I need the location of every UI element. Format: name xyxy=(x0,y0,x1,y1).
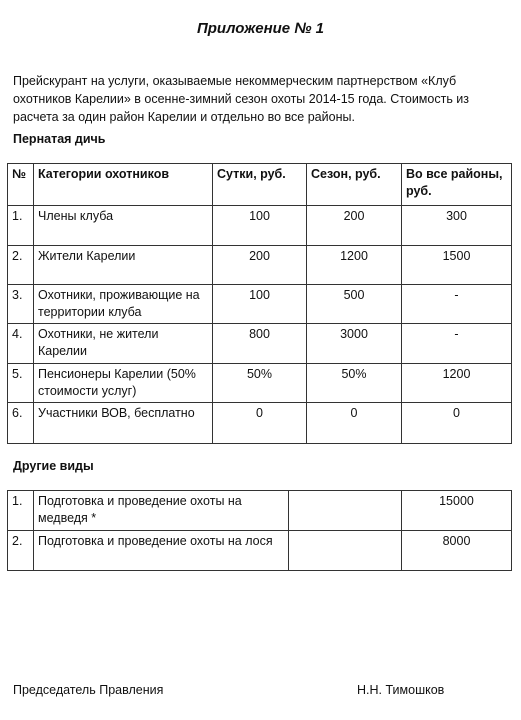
row-season: 3000 xyxy=(307,324,402,364)
col-header-all: Во все районы, руб. xyxy=(402,164,512,206)
row-all: 1200 xyxy=(402,364,512,403)
row-season: 500 xyxy=(307,285,402,324)
row-season: 1200 xyxy=(307,246,402,285)
row-day: 50% xyxy=(213,364,307,403)
col-header-category: Категории охотников xyxy=(34,164,213,206)
row-price: 8000 xyxy=(402,531,512,571)
table-row: 4. Охотники, не жители Карелии 800 3000 … xyxy=(8,324,512,364)
table-row: 3. Охотники, проживающие на территории к… xyxy=(8,285,512,324)
row-season: 50% xyxy=(307,364,402,403)
row-day: 0 xyxy=(213,403,307,444)
row-day: 100 xyxy=(213,285,307,324)
table-header-row: № Категории охотников Сутки, руб. Сезон,… xyxy=(8,164,512,206)
document-title: Приложение № 1 xyxy=(0,20,521,37)
row-num: 2. xyxy=(8,246,34,285)
row-all: 1500 xyxy=(402,246,512,285)
row-service: Подготовка и проведение охоты на медведя… xyxy=(34,491,289,531)
row-season: 200 xyxy=(307,206,402,246)
section-heading-other: Другие виды xyxy=(13,459,94,473)
section-heading-birds: Пернатая дичь xyxy=(13,132,105,146)
table-row: 1. Члены клуба 100 200 300 xyxy=(8,206,512,246)
row-num: 2. xyxy=(8,531,34,571)
col-header-num: № xyxy=(8,164,34,206)
row-category: Охотники, не жители Карелии xyxy=(34,324,213,364)
row-empty-cell xyxy=(289,491,402,531)
row-num: 5. xyxy=(8,364,34,403)
table-row: 6. Участники ВОВ, бесплатно 0 0 0 xyxy=(8,403,512,444)
row-price: 15000 xyxy=(402,491,512,531)
intro-paragraph: Прейскурант на услуги, оказываемые неком… xyxy=(13,72,513,126)
row-num: 1. xyxy=(8,206,34,246)
col-header-season: Сезон, руб. xyxy=(307,164,402,206)
row-category: Охотники, проживающие на территории клуб… xyxy=(34,285,213,324)
row-empty-cell xyxy=(289,531,402,571)
row-all: - xyxy=(402,324,512,364)
row-day: 100 xyxy=(213,206,307,246)
signature-position: Председатель Правления xyxy=(13,683,163,697)
row-season: 0 xyxy=(307,403,402,444)
row-all: 300 xyxy=(402,206,512,246)
row-category: Члены клуба xyxy=(34,206,213,246)
row-all: 0 xyxy=(402,403,512,444)
row-day: 200 xyxy=(213,246,307,285)
row-service: Подготовка и проведение охоты на лося xyxy=(34,531,289,571)
row-category: Пенсионеры Карелии (50% стоимости услуг) xyxy=(34,364,213,403)
row-num: 3. xyxy=(8,285,34,324)
row-all: - xyxy=(402,285,512,324)
row-category: Участники ВОВ, бесплатно xyxy=(34,403,213,444)
table-row: 2. Подготовка и проведение охоты на лося… xyxy=(8,531,512,571)
col-header-day: Сутки, руб. xyxy=(213,164,307,206)
table-row: 2. Жители Карелии 200 1200 1500 xyxy=(8,246,512,285)
row-num: 4. xyxy=(8,324,34,364)
row-category: Жители Карелии xyxy=(34,246,213,285)
table-row: 1. Подготовка и проведение охоты на медв… xyxy=(8,491,512,531)
other-services-table: 1. Подготовка и проведение охоты на медв… xyxy=(7,490,512,571)
row-num: 6. xyxy=(8,403,34,444)
row-day: 800 xyxy=(213,324,307,364)
row-num: 1. xyxy=(8,491,34,531)
signature-name: Н.Н. Тимошков xyxy=(357,683,444,697)
table-row: 5. Пенсионеры Карелии (50% стоимости усл… xyxy=(8,364,512,403)
birds-price-table: № Категории охотников Сутки, руб. Сезон,… xyxy=(7,163,512,444)
